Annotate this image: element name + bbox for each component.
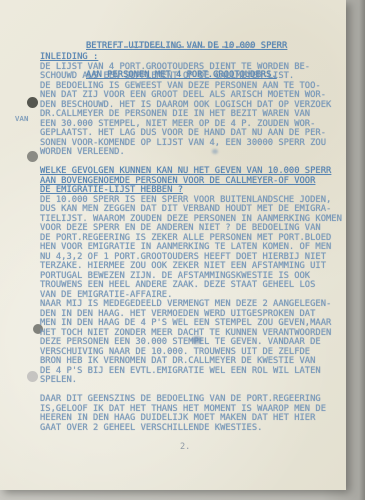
line-text: GAAT OVER 2 GEHEEL VERSCHILLENDE KWESTIE… xyxy=(40,423,262,433)
line-text: HEEREN IN DEN HAAG DUIDELIJK MOET MAKEN … xyxy=(40,413,315,423)
line-text: TIELIJST. WAAROM ZOUDEN DEZE PERSONEN IN… xyxy=(40,214,342,224)
line-text: HEN VOOR EMIGRATIE IN AANMERKING TE LATE… xyxy=(40,242,331,252)
punch-hole xyxy=(27,151,38,162)
document-line: WORDEN VERLEEND. xyxy=(40,148,344,158)
line-text: WORDEN VERLEEND. xyxy=(40,147,125,157)
line-text: IS,GELOOF IK DAT HET THANS HET MOMENT IS… xyxy=(40,404,326,414)
line-text: INLEIDING : xyxy=(40,52,98,62)
line-text: TERZAKE. HIERMEE ZOU OOK ZEKER NIET EEN … xyxy=(40,261,326,271)
line-text: NEN DAT ZIJ VOOR EEN GROOT DEEL ALS ARIS… xyxy=(40,90,326,100)
line-text: TROUWENS EEN HEEL ANDERE ZAAK. DEZE STAA… xyxy=(40,280,315,290)
line-text: VERSCHUIVING NAAR DE 10.000. TROUWENS UI… xyxy=(40,347,310,357)
line-text: DE LIJST VAN 4 PORT.GROOTOUDERS DIENT TE… xyxy=(40,62,310,72)
line-text: AAN BOVENGENOEMDE PERSONEN VOOR DE CALLM… xyxy=(40,176,315,186)
line-text: SCHOUWD ALS EEN SUPPLEMENT OP DE CALLMEY… xyxy=(40,71,294,81)
line-text: VOOR DEZE SPERR EN DE ANDEREN NIET ? DE … xyxy=(40,223,321,233)
scan-edge-shadow xyxy=(359,0,365,500)
page-number: 2. xyxy=(180,442,190,452)
line-text: DE BEDOELING IS GEWEEST VAN DEZE PERSONE… xyxy=(40,81,321,91)
line-text: DEN BESCHOUWD. HET IS DAAROM OOK LOGISCH… xyxy=(40,100,331,110)
margin-note: VAN xyxy=(15,114,29,123)
punch-hole xyxy=(27,371,38,382)
document-body: INLEIDING :DE LIJST VAN 4 PORT.GROOTOUDE… xyxy=(40,53,344,433)
scanned-document-page: BETREFT UITDEELING VAN DE 10.000 SPERR A… xyxy=(0,0,365,500)
line-text: DE 10.000 SPERR IS EEN SPERR VOOR BUITEN… xyxy=(40,195,331,205)
line-text: VAN DE EMIGRATIE-AFFAIRE. xyxy=(40,290,172,300)
line-text: DE PORT.REGEERING IS ZEKER ALLE PERSONEN… xyxy=(40,233,331,243)
document-line: SPELEN. xyxy=(40,376,344,386)
line-text: DE 4 P'S BIJ EEN EVTL.EMIGRATIE WEL EEN … xyxy=(40,366,321,376)
document-line: GAAT OVER 2 GEHEEL VERSCHILLENDE KWESTIE… xyxy=(40,424,344,434)
line-text: BRON HEB IK VERNOMEN DAT DR.CALLMEYER DE… xyxy=(40,356,315,366)
line-text: DR.CALLMEYER DE PERSONEN DIE IN HET BEZI… xyxy=(40,109,310,119)
line-text: HET TOCH NIET ZONDER MEER DACHT TE KUNNE… xyxy=(40,328,331,338)
document-line: DE 4 P'S BIJ EEN EVTL.EMIGRATIE WEL EEN … xyxy=(40,367,344,377)
line-text: DAAR DIT GEENSZINS DE BEDOELING VAN DE P… xyxy=(40,394,321,404)
line-text: WELKE GEVOLGEN KUNNEN KAN NU HET GEVEN V… xyxy=(40,166,331,176)
ink-smudge xyxy=(212,149,218,154)
paper-sheet: BETREFT UITDEELING VAN DE 10.000 SPERR A… xyxy=(0,0,346,490)
line-text: DEN IN DEN HAAG. HET VERMOEDEN WERD UITG… xyxy=(40,309,315,319)
line-text: SONEN VOOR-KOMENDE OP LIJST VAN 4, EEN 3… xyxy=(40,138,326,148)
line-text: GEPLAATST. HET LAG DUS VOOR DE HAND DAT … xyxy=(40,128,326,138)
dashed-rule xyxy=(117,46,255,48)
line-text: DE EMIGRATIE-LIJST HEBBEN ? xyxy=(40,185,183,195)
line-text: NU 4,3,2 OF 1 PORT.GROOTOUDERS HEEFT DOE… xyxy=(40,252,326,262)
line-text: DEZE PERSONEN EEN 30.000 STEMPEL TE GEVE… xyxy=(40,337,321,347)
line-text: SPELEN. xyxy=(40,375,77,385)
ink-smudge xyxy=(192,336,202,344)
line-text: NAAR MIJ IS MEDEGEDEELD VERMENGT MEN DEZ… xyxy=(40,299,331,309)
line-text: PORTUGAL BEWEZEN ZIJN. DE AFSTAMMINGSKWE… xyxy=(40,271,310,281)
line-text: EEN 30.000 STEMPEL, NIET MEER OP DE 4 P.… xyxy=(40,119,315,129)
line-text: DUS KAN MEN ZEGGEN DAT DIT VERBAND HOUDT… xyxy=(40,204,331,214)
punch-hole xyxy=(27,97,38,108)
line-text: MEN IN DEN HAAG DE 4 P'S WEL EEN STEMPEL… xyxy=(40,318,331,328)
